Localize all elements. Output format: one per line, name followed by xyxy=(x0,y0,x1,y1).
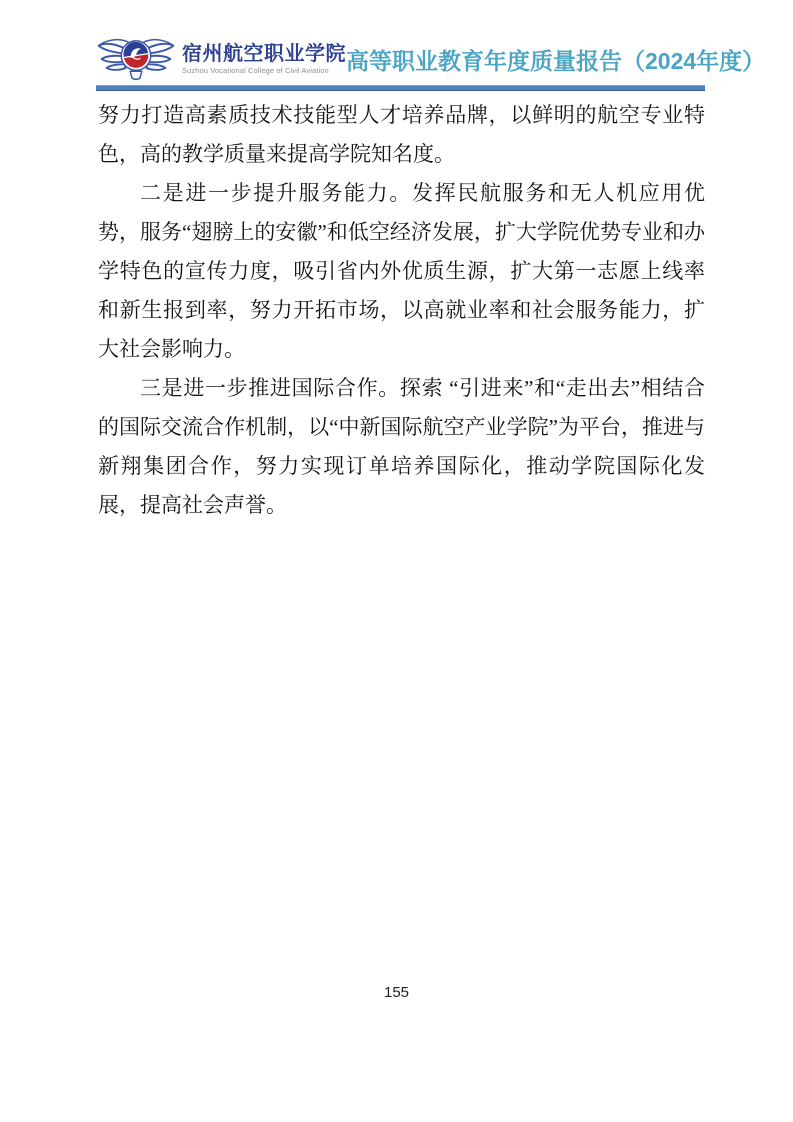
paragraph-continuation: 努力打造高素质技术技能型人才培养品牌，以鲜明的航空专业特色，高的教学质量来提高学… xyxy=(98,96,705,174)
header-divider-rule xyxy=(96,85,705,91)
document-body: 努力打造高素质技术技能型人才培养品牌，以鲜明的航空专业特色，高的教学质量来提高学… xyxy=(98,96,705,525)
paragraph-second-point: 二是进一步提升服务能力。发挥民航服务和无人机应用优势，服务“翅膀上的安徽”和低空… xyxy=(98,174,705,369)
page-number: 155 xyxy=(384,984,409,1001)
page-header: 宿州航空职业学院 Suzhou Vocational College of Ci… xyxy=(96,33,705,85)
college-name-en: Suzhou Vocational College of Civil Aviat… xyxy=(182,67,346,75)
report-title: 高等职业教育年度质量报告（2024年度） xyxy=(346,43,765,76)
college-name-zh: 宿州航空职业学院 xyxy=(182,44,346,64)
document-page: 宿州航空职业学院 Suzhou Vocational College of Ci… xyxy=(0,0,793,1122)
page-footer: 155 xyxy=(0,984,793,1002)
college-logo xyxy=(96,32,176,86)
college-name-block: 宿州航空职业学院 Suzhou Vocational College of Ci… xyxy=(182,44,346,75)
college-winged-emblem-icon xyxy=(96,32,176,86)
paragraph-third-point: 三是进一步推进国际合作。探索 “引进来”和“走出去”相结合的国际交流合作机制，以… xyxy=(98,369,705,525)
